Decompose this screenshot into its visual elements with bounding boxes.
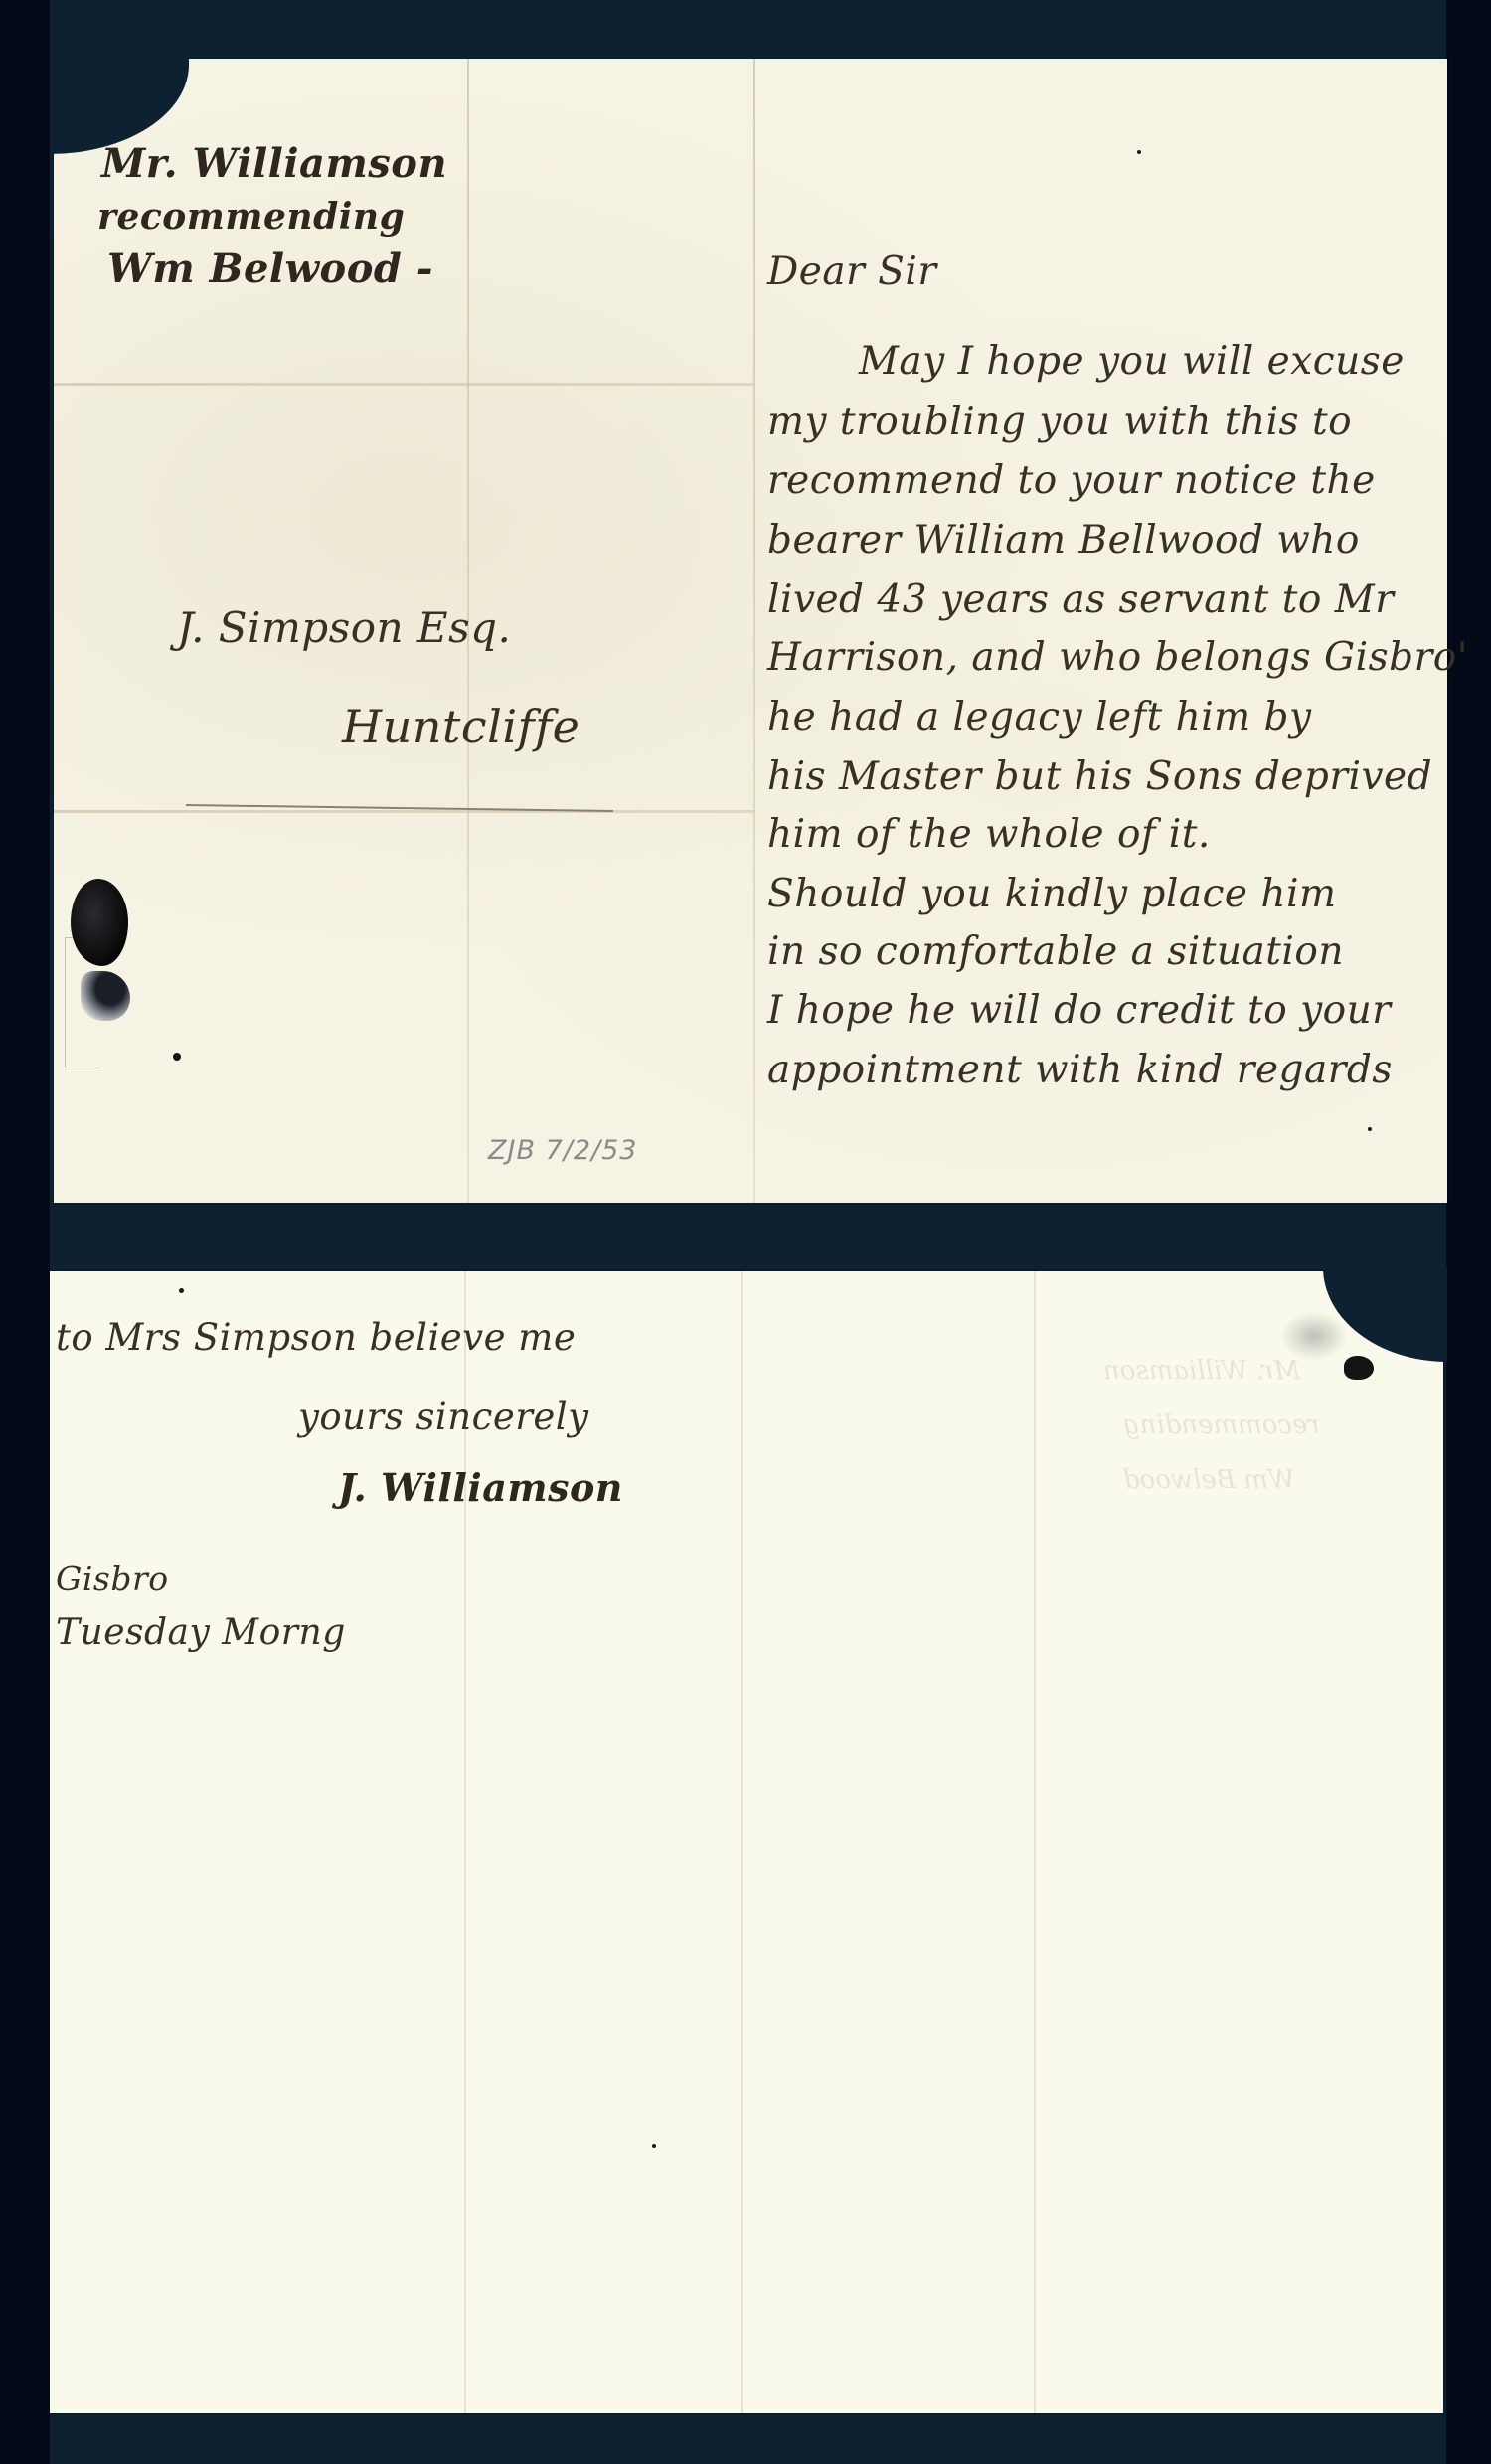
ink-speck <box>173 1053 181 1061</box>
bleed-through-text: recommending <box>1123 1410 1320 1440</box>
letter-line: he had a legacy left him by <box>767 695 1312 739</box>
wax-seal-fragment <box>1344 1356 1374 1380</box>
salutation: Dear Sir <box>767 249 936 294</box>
ink-speck <box>1368 1127 1372 1131</box>
docket-line: Wm Belwood - <box>107 246 433 292</box>
letter-line: his Master but his Sons deprived <box>767 754 1432 799</box>
address-recipient: J. Simpson Esq. <box>177 603 511 652</box>
letter-line: May I hope you will excuse <box>859 339 1405 384</box>
closing-line: to Mrs Simpson believe me <box>56 1316 576 1359</box>
bleed-through-text: Wm Belwood <box>1123 1465 1295 1495</box>
bleed-through-text: Mr. Williamson <box>1103 1356 1300 1386</box>
dateline-day: Tuesday Morng <box>56 1612 346 1653</box>
docket-line: Mr. Williamson <box>101 140 447 187</box>
letter-line: in so comfortable a situation <box>767 929 1344 974</box>
signature: J. Williamson <box>338 1465 623 1510</box>
letter-line: recommend to your notice the <box>767 458 1376 503</box>
ink-speck <box>179 1288 184 1293</box>
ink-speck <box>1137 150 1141 154</box>
letter-line: bearer William Bellwood who <box>767 518 1360 563</box>
torn-corner <box>50 55 189 154</box>
tear-shadow <box>1279 1311 1349 1361</box>
letter-sheet-front: Mr. Williamson recommending Wm Belwood -… <box>54 59 1447 1203</box>
letter-line: Should you kindly place him <box>767 872 1336 916</box>
archive-reference-mark: ZJB 7/2/53 <box>488 1135 637 1166</box>
fold-line-vertical <box>741 1271 743 2413</box>
fold-line-vertical <box>1034 1271 1036 2413</box>
letter-line: appointment with kind regards <box>767 1048 1393 1092</box>
letter-sheet-back: to Mrs Simpson believe me yours sincerel… <box>50 1271 1443 2413</box>
fold-line-center <box>753 59 755 1203</box>
letter-line: him of the whole of it. <box>767 812 1211 857</box>
fold-line-horizontal <box>54 810 754 813</box>
ink-speck <box>652 2144 656 2148</box>
letter-line: I hope he will do credit to your <box>767 988 1391 1033</box>
closing-line: yours sincerely <box>298 1396 589 1438</box>
address-place: Huntcliffe <box>342 700 580 753</box>
letter-line: Harrison, and who belongs Gisbro' <box>767 635 1468 680</box>
fold-line-horizontal <box>54 383 754 386</box>
wax-seal <box>71 879 128 966</box>
fold-line-vertical <box>464 1271 466 2413</box>
letter-line: my troubling you with this to <box>767 400 1352 444</box>
wax-seal-fragment <box>81 971 130 1021</box>
docket-line: recommending <box>97 196 405 238</box>
letter-line: lived 43 years as servant to Mr <box>767 577 1394 622</box>
dateline-place: Gisbro <box>56 1560 169 1598</box>
ink-speck <box>408 2436 412 2440</box>
